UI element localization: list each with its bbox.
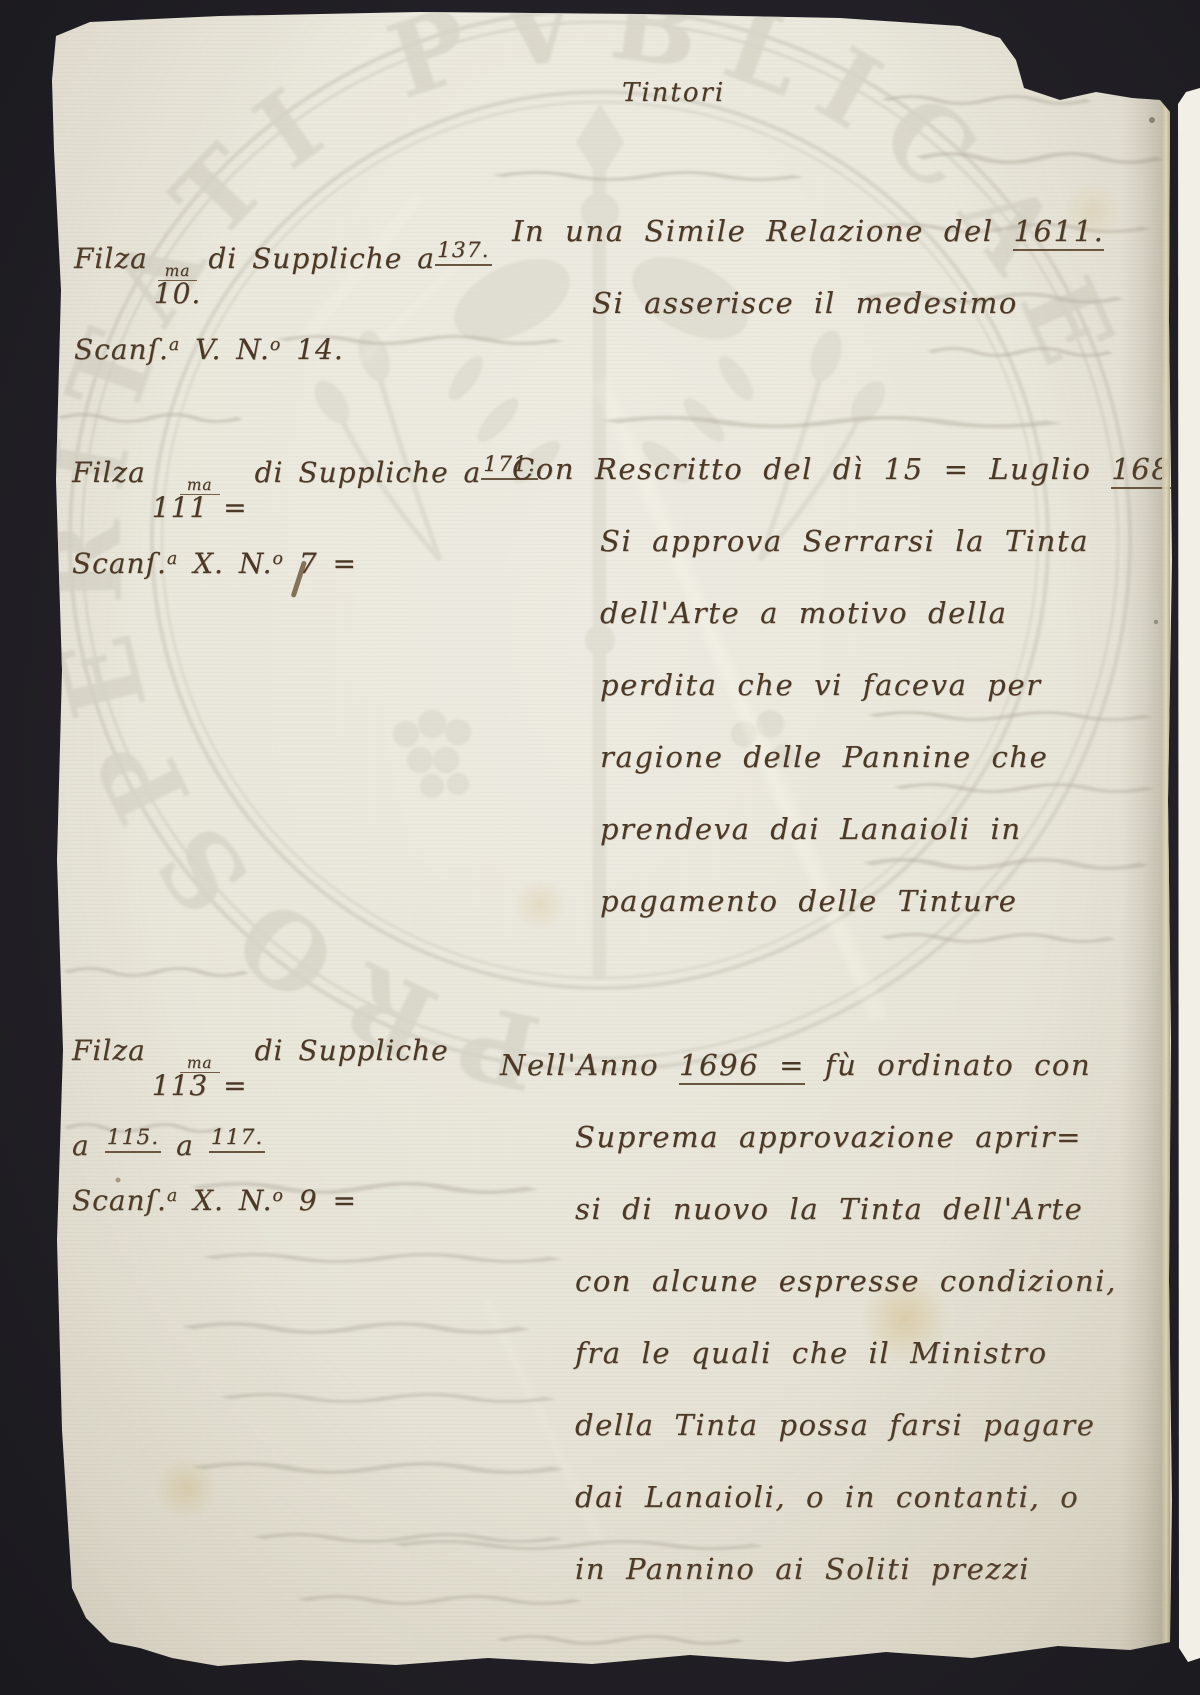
entry3-year: 1696 = [679, 1048, 805, 1085]
archive-photograph: PROSPERITATI PVBLICAE [0, 0, 1200, 1695]
entry3-filza-ordinal: ma113 = [152, 1056, 248, 1099]
entry2-note-line5: ragione delle Pannine che [600, 740, 1200, 812]
entry3-note-line1: Nell'Anno 1696 = fù ordinato con [500, 1048, 1117, 1120]
entry1-note: In una Simile Relazione del 1611. Si ass… [512, 214, 1104, 358]
entry1-filza-ordinal: ma10. [154, 264, 202, 307]
entry3-note-line2: Suprema approvazione aprir= [575, 1120, 1117, 1192]
entry3-note-line5: fra le quali che il Ministro [575, 1336, 1117, 1408]
entry1-reference: Filzama10.di Suppliche a137. Scanſ.a V. … [74, 238, 492, 366]
entry1-year: 1611. [1013, 214, 1104, 251]
entry3-note-line3: si di nuovo la Tinta dell'Arte [575, 1192, 1117, 1264]
page-fore-edge-highlight [1162, 100, 1170, 1651]
entry3-note-line4: con alcune espresse condizioni, [575, 1264, 1117, 1336]
entry2-note-line3: dell'Arte a motivo della [600, 596, 1200, 668]
entry3-reference: Filzama113 =di Suppliche a 115. a 117. S… [72, 1034, 449, 1217]
entry2-note: Con Rescritto del dì 15 = Luglio 1683. S… [512, 452, 1200, 956]
entry3-shelf-line: Scanſ.a X. N.o 9 = [72, 1184, 449, 1217]
entry1-note-line1: In una Simile Relazione del 1611. [512, 214, 1104, 286]
entry2-note-line1: Con Rescritto del dì 15 = Luglio 1683. [512, 452, 1200, 524]
entry3-note-line6: della Tinta possa farsi pagare [575, 1408, 1117, 1480]
entry1-note-line2: Si asserisce il medesimo [592, 286, 1104, 358]
entry3-folio-number1: 115. [105, 1125, 162, 1153]
entry3-note: Nell'Anno 1696 = fù ordinato con Suprema… [500, 1048, 1117, 1624]
entry2-note-line6: prendeva dai Lanaioli in [600, 812, 1200, 884]
entry2-filza-line: Filzama111 =di Suppliche a171. [72, 456, 538, 489]
entry2-shelf-line: Scanſ.a X. N.o 7 = [72, 547, 538, 580]
page-title: Tintori [622, 78, 725, 108]
entry1-shelf-line: Scanſ.a V. N.o 14. [74, 333, 492, 366]
entry3-note-line8: in Pannino ai Soliti prezzi [575, 1552, 1117, 1624]
entry1-folio-number: 137. [435, 238, 492, 266]
entry1-filza-line: Filzama10.di Suppliche a137. [74, 242, 492, 275]
entry2-note-line2: Si approva Serrarsi la Tinta [600, 524, 1200, 596]
entry3-filza-line: Filzama113 =di Suppliche [72, 1034, 449, 1067]
entry2-filza-ordinal: ma111 = [152, 478, 248, 521]
entry2-note-line4: perdita che vi faceva per [600, 668, 1200, 740]
entry2-reference: Filzama111 =di Suppliche a171. Scanſ.a X… [72, 452, 538, 580]
entry3-note-line7: dai Lanaioli, o in contanti, o [575, 1480, 1117, 1552]
page-curl-shadow [1120, 96, 1164, 1655]
manuscript-page: PROSPERITATI PVBLICAE [0, 0, 1200, 1695]
entry2-note-line7: pagamento delle Tinture [600, 884, 1200, 956]
entry3-folio-number2: 117. [209, 1125, 266, 1153]
entry3-folio-line: a 115. a 117. [72, 1125, 449, 1162]
